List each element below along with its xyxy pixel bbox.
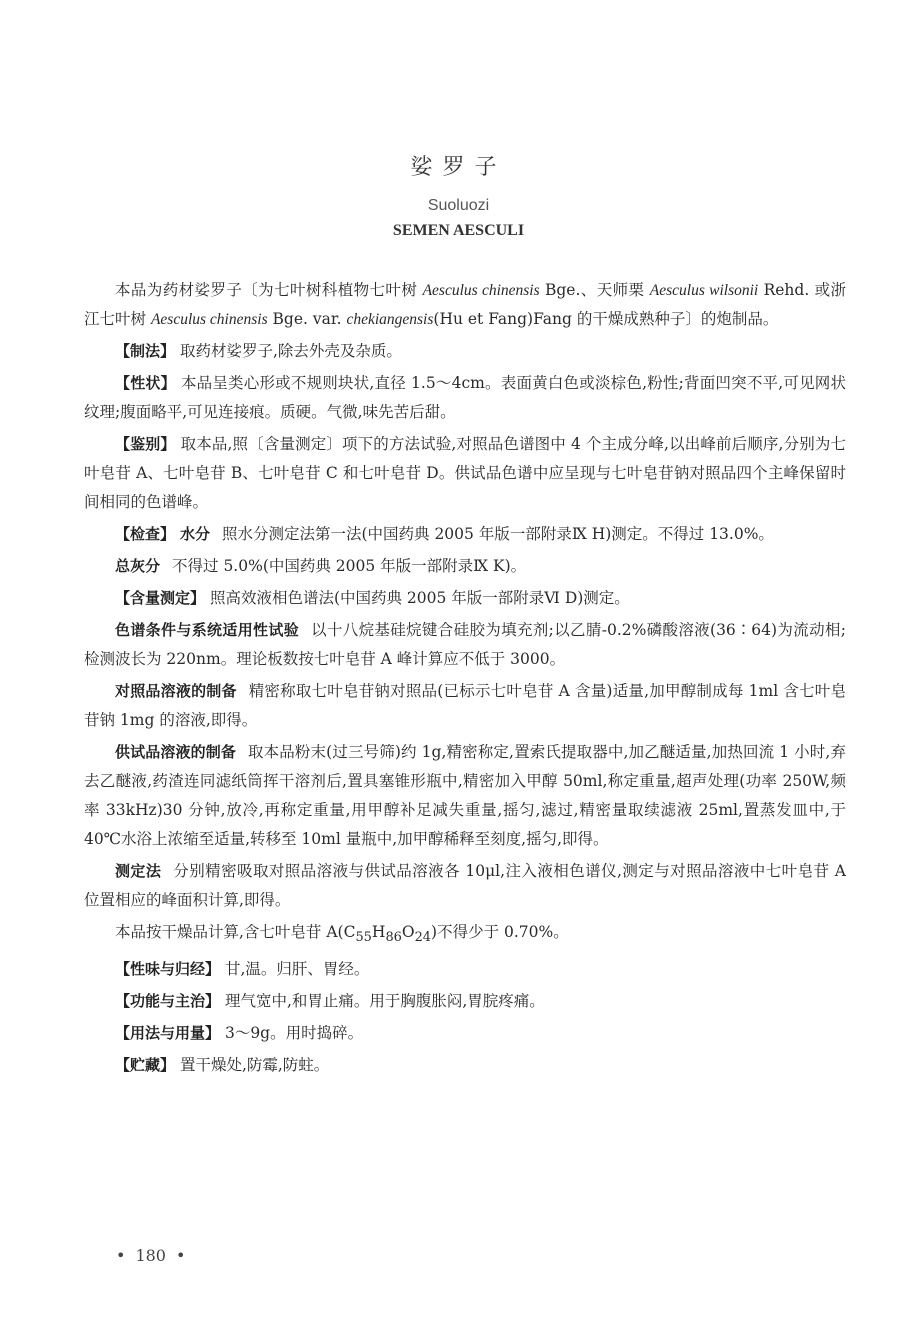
- section-gongneng: 【功能与主治】 理气宽中,和胃止痛。用于胸腹胀闷,胃脘疼痛。: [84, 987, 846, 1016]
- section-label: 【含量测定】: [115, 589, 205, 607]
- section-text: 3～9g。用时捣碎。: [225, 1024, 363, 1042]
- species-name: Aesculus chinensis: [151, 311, 268, 328]
- section-zhucang: 【贮藏】 置干燥处,防霉,防蛀。: [84, 1051, 846, 1080]
- pinyin-title: Suoluozi: [0, 197, 917, 215]
- section-label: 【性状】: [115, 374, 176, 392]
- section-text: 置干燥处,防霉,防蛀。: [180, 1056, 329, 1074]
- section-label: 【贮藏】: [115, 1056, 175, 1074]
- section-xingwei: 【性味与归经】 甘,温。归肝、胃经。: [84, 955, 846, 984]
- subsection-label: 供试品溶液的制备: [115, 743, 236, 761]
- intro-paragraph: 本品为药材娑罗子〔为七叶树科植物七叶树 Aesculus chinensis B…: [84, 276, 846, 334]
- section-text: 甘,温。归肝、胃经。: [225, 960, 369, 978]
- bullet-icon: •: [116, 1246, 125, 1265]
- intro-text: Bge. var.: [268, 310, 347, 328]
- formula-element: O: [402, 923, 415, 941]
- species-name: Aesculus chinensis: [423, 282, 540, 299]
- subsection-ash: 总灰分不得过 5.0%(中国药典 2005 年版一部附录Ⅸ K)。: [84, 552, 846, 581]
- page-number: 180: [135, 1246, 166, 1265]
- page-footer: •180•: [106, 1246, 195, 1265]
- species-name: Aesculus wilsonii: [650, 282, 758, 299]
- monograph-body: 本品为药材娑罗子〔为七叶树科植物七叶树 Aesculus chinensis B…: [84, 276, 846, 1083]
- section-text: 照水分测定法第一法(中国药典 2005 年版一部附录Ⅸ H)测定。不得过 13.…: [222, 525, 774, 543]
- subsection-chromatography: 色谱条件与系统适用性试验以十八烷基硅烷键合硅胶为填充剂;以乙腈-0.2%磷酸溶液…: [84, 616, 846, 674]
- section-label: 【功能与主治】: [115, 992, 220, 1010]
- limit-text: )不得少于 0.70%。: [431, 923, 569, 941]
- page-title: 娑罗子: [0, 150, 917, 181]
- variety-name: chekiangensis: [346, 311, 433, 328]
- bullet-icon: •: [176, 1246, 185, 1265]
- section-text: 取本品,照〔含量测定〕项下的方法试验,对照品色谱图中 4 个主成分峰,以出峰前后…: [84, 435, 846, 511]
- latin-title: SEMEN AESCULI: [0, 222, 917, 240]
- section-label: 【检查】: [115, 525, 175, 543]
- subsection-label: 测定法: [115, 862, 161, 880]
- content-limit: 本品按干燥品计算,含七叶皂苷 A(C55H86O24)不得少于 0.70%。: [84, 918, 846, 952]
- formula-subscript: 86: [385, 930, 401, 945]
- intro-text: (Hu et Fang)Fang 的干燥成熟种子〕的炮制品。: [433, 310, 778, 328]
- formula-subscript: 24: [415, 930, 431, 945]
- section-jianbie: 【鉴别】 取本品,照〔含量测定〕项下的方法试验,对照品色谱图中 4 个主成分峰,…: [84, 430, 846, 517]
- section-text: 照高效液相色谱法(中国药典 2005 年版一部附录Ⅵ D)测定。: [210, 589, 630, 607]
- section-label: 【鉴别】: [115, 435, 176, 453]
- subsection-label: 对照品溶液的制备: [115, 682, 237, 700]
- section-zhifa: 【制法】 取药材娑罗子,除去外壳及杂质。: [84, 337, 846, 366]
- section-label: 【制法】: [115, 342, 175, 360]
- section-text: 本品呈类心形或不规则块状,直径 1.5～4cm。表面黄白色或淡棕色,粉性;背面凹…: [84, 374, 846, 421]
- section-hanliang: 【含量测定】 照高效液相色谱法(中国药典 2005 年版一部附录Ⅵ D)测定。: [84, 584, 846, 613]
- formula-element: H: [372, 923, 386, 941]
- subsection-reference-solution: 对照品溶液的制备精密称取七叶皂苷钠对照品(已标示七叶皂苷 A 含量)适量,加甲醇…: [84, 677, 846, 735]
- subsection-label: 总灰分: [115, 557, 160, 575]
- section-jiancha: 【检查】 水分照水分测定法第一法(中国药典 2005 年版一部附录Ⅸ H)测定。…: [84, 520, 846, 549]
- formula-subscript: 55: [355, 930, 371, 945]
- section-yongfa: 【用法与用量】 3～9g。用时捣碎。: [84, 1019, 846, 1048]
- section-label: 【用法与用量】: [115, 1024, 220, 1042]
- subsection-test-solution: 供试品溶液的制备取本品粉末(过三号筛)约 1g,精密称定,置索氏提取器中,加乙醚…: [84, 738, 846, 854]
- section-text: 不得过 5.0%(中国药典 2005 年版一部附录Ⅸ K)。: [172, 557, 526, 575]
- limit-text: 本品按干燥品计算,含七叶皂苷 A(C: [115, 923, 355, 941]
- section-text: 理气宽中,和胃止痛。用于胸腹胀闷,胃脘疼痛。: [225, 992, 545, 1010]
- section-text: 取药材娑罗子,除去外壳及杂质。: [180, 342, 402, 360]
- section-text: 分别精密吸取对照品溶液与供试品溶液各 10μl,注入液相色谱仪,测定与对照品溶液…: [84, 862, 846, 909]
- intro-text: 本品为药材娑罗子〔为七叶树科植物七叶树: [115, 281, 423, 299]
- subsection-label: 色谱条件与系统适用性试验: [115, 621, 299, 639]
- subsection-procedure: 测定法分别精密吸取对照品溶液与供试品溶液各 10μl,注入液相色谱仪,测定与对照…: [84, 857, 846, 915]
- subsection-label: 水分: [180, 525, 210, 543]
- intro-text: Bge.、天师栗: [540, 281, 650, 299]
- section-xingzhuang: 【性状】 本品呈类心形或不规则块状,直径 1.5～4cm。表面黄白色或淡棕色,粉…: [84, 369, 846, 427]
- section-label: 【性味与归经】: [115, 960, 220, 978]
